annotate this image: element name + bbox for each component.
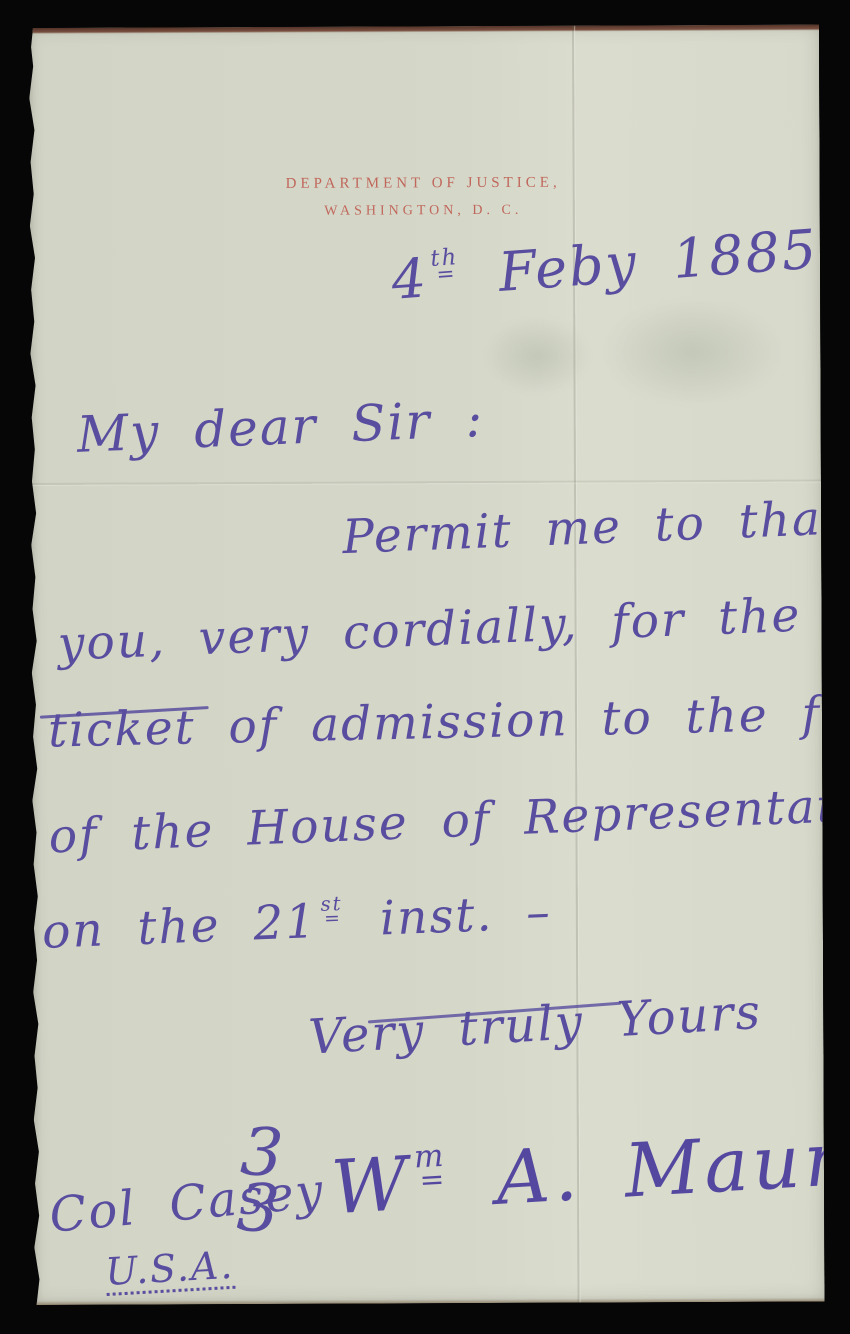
date-line: 4th= Feby 1885. [390, 221, 839, 308]
closing-line: Very truly Yours [307, 988, 763, 1062]
body-line-4: of the House of Representatives [48, 779, 850, 861]
date-year: 1885. [670, 216, 839, 291]
scan-background: { "colors": { "scan_background": "#06060… [0, 0, 850, 1334]
addressee-org: U.S.A. [104, 1246, 235, 1296]
signature-initial: W [329, 1141, 414, 1231]
body-line-3: ticket of admission to the floor [48, 688, 850, 754]
date-ordinal: st= [320, 897, 343, 927]
horizontal-fold-crease [28, 480, 821, 485]
letterhead-line1: DEPARTMENT OF JUSTICE, [27, 175, 820, 193]
body-line-1: Permit me to thank [341, 493, 850, 561]
date-month: Feby [496, 231, 640, 304]
paper-top-edge [26, 25, 819, 34]
addressee-name: Col Casey [48, 1167, 327, 1240]
body-line-5: on the 21st= inst. – [41, 889, 552, 956]
crossed-word: ticket [48, 700, 197, 758]
signature-name: A. Maury [450, 1114, 850, 1225]
date-ordinal: th= [430, 249, 460, 284]
ink-bleedthrough-mark [602, 297, 782, 408]
date-day: 4 [389, 246, 430, 312]
signature-line: Wm= A. Maury [329, 1120, 850, 1226]
body-line-2: you, very cordially, for the [57, 592, 802, 668]
letterhead-line2: WASHINGTON, D. C. [27, 203, 820, 220]
letter-paper: DEPARTMENT OF JUSTICE, WASHINGTON, D. C.… [26, 25, 825, 1305]
ink-bleedthrough-mark [482, 316, 592, 396]
signature-superscript: m= [413, 1145, 449, 1192]
paper-bottom-edge [32, 1298, 825, 1305]
salutation-line: My dear Sir : [76, 394, 485, 460]
